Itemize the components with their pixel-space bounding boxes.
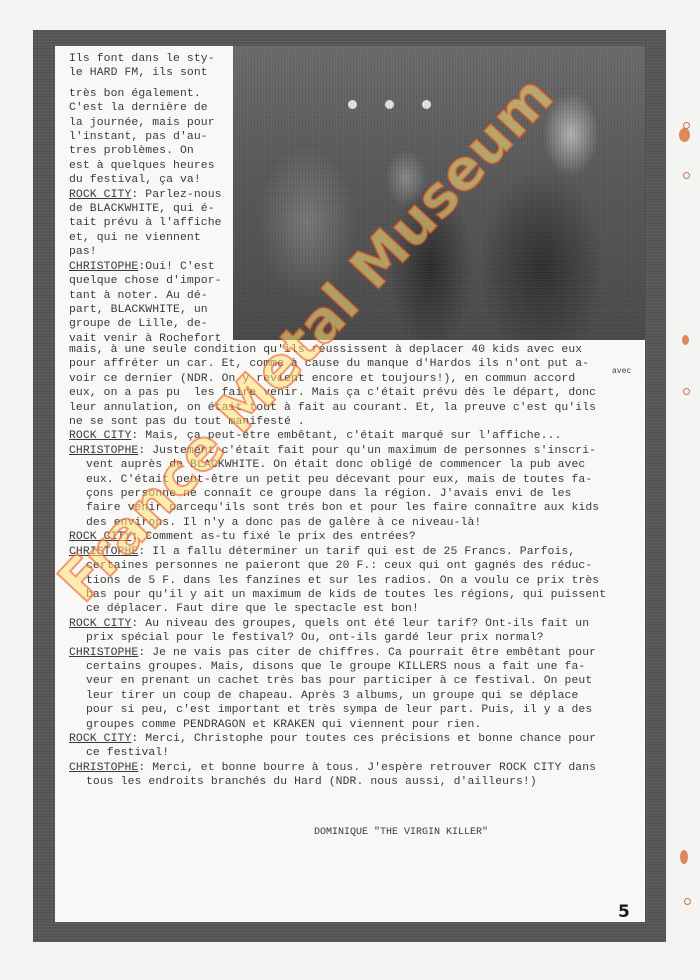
author-signature: DOMINIQUE "THE VIRGIN KILLER" [314, 827, 488, 838]
line-text: : Au niveau des groupes, quels ont été l… [131, 618, 589, 630]
line-text: : Merci, Christophe pour toutes ces préc… [131, 733, 596, 745]
left-column-text: Ils font dans le sty-le HARD FM, ils son… [69, 52, 222, 346]
line-text: : Mais, ça peut-être embêtant, c'était m… [131, 430, 561, 442]
line-text: tant à noter. Au dé- [69, 290, 208, 302]
speaker-label: ROCK CITY [69, 189, 131, 201]
line-text: : Justement c'était fait pour qu'un maxi… [138, 445, 596, 457]
text-line: veur en prenant un cachet très bas pour … [69, 674, 606, 688]
text-line: l'instant, pas d'au- [69, 130, 222, 144]
text-line: voir ce dernier (NDR. On y revient encor… [69, 372, 606, 386]
text-line: pour si peu, c'est important et très sym… [69, 703, 606, 717]
line-text: est à quelques heures [69, 160, 215, 172]
text-line: eux, on a pas pu les faire venir. Mais ç… [69, 386, 606, 400]
page-number: 5 [618, 902, 630, 922]
line-text: le HARD FM, ils sont [69, 67, 208, 79]
line-text: pour affréter un car. Et, comme à cause … [69, 358, 589, 370]
line-text: certains groupes. Mais, disons que le gr… [86, 661, 585, 673]
text-line: tions de 5 F. dans les fanzines et sur l… [69, 574, 606, 588]
dialogue-line: CHRISTOPHE: Merci, et bonne bourre à tou… [69, 761, 606, 775]
line-text: çons personne ne connaît ce groupe dans … [86, 488, 571, 500]
text-line: vent auprès de BLACKWHITE. On était donc… [69, 458, 606, 472]
text-line: leur tirer un coup de chapeau. Après 3 a… [69, 689, 606, 703]
text-line: ne se sont pas du tout manifesté . [69, 415, 606, 429]
stain-spot [682, 335, 689, 345]
text-line: des environs. Il n'y a donc pas de galèr… [69, 516, 606, 530]
line-text: pour si peu, c'est important et très sym… [86, 704, 592, 716]
text-line: est à quelques heures [69, 159, 222, 173]
text-line: groupes comme PENDRAGON et KRAKEN qui vi… [69, 718, 606, 732]
line-text: eux. C'était peut-être un petit peu déce… [86, 474, 592, 486]
text-line: prix spécial pour le festival? Ou, ont-i… [69, 631, 606, 645]
line-text: leur annulation, on était tout à fait au… [69, 402, 596, 414]
text-line: certaines personnes ne paieront que 20 F… [69, 559, 606, 573]
line-text: : Comment as-tu fixé le prix des entrées… [131, 531, 415, 543]
stain-spot [680, 850, 688, 864]
line-text: quelque chose d'impor- [69, 275, 222, 287]
line-text: vent auprès de BLACKWHITE. On était donc… [86, 459, 585, 471]
speaker-label: ROCK CITY [69, 531, 131, 543]
line-text: mais, à une seule condition qu'ils réuss… [69, 344, 582, 356]
line-text: Ils font dans le sty- [69, 53, 215, 65]
concert-photo [233, 46, 645, 340]
line-text: part, BLACKWHITE, un [69, 304, 208, 316]
line-text: groupe de Lille, de- [69, 318, 208, 330]
stain-ring [684, 898, 691, 905]
line-text: : Merci, et bonne bourre à tous. J'espèr… [138, 762, 596, 774]
text-line: part, BLACKWHITE, un [69, 303, 222, 317]
stain-ring [683, 388, 690, 395]
dialogue-line: ROCK CITY: Merci, Christophe pour toutes… [69, 732, 606, 746]
text-line: de BLACKWHITE, qui é- [69, 202, 222, 216]
speaker-label: CHRISTOPHE [69, 445, 138, 457]
dialogue-line: CHRISTOPHE: Justement c'était fait pour … [69, 444, 606, 458]
line-text: : Je ne vais pas citer de chiffres. Ca p… [138, 647, 596, 659]
line-text: bas pour qu'il y ait un maximum de kids … [86, 589, 606, 601]
line-text: groupes comme PENDRAGON et KRAKEN qui vi… [86, 719, 481, 731]
line-text: tres problèmes. On [69, 145, 194, 157]
dialogue-line: CHRISTOPHE:Oui! C'est [69, 260, 222, 274]
text-line: tant à noter. Au dé- [69, 289, 222, 303]
line-text: ne se sont pas du tout manifesté . [69, 416, 305, 428]
line-text: : Il a fallu déterminer un tarif qui est… [138, 546, 575, 558]
text-line: tres problèmes. On [69, 144, 222, 158]
text-line: et, qui ne viennent [69, 231, 222, 245]
text-line: C'est la dernière de [69, 101, 222, 115]
dialogue-line: CHRISTOPHE: Il a fallu déterminer un tar… [69, 545, 606, 559]
text-line: pas! [69, 245, 222, 259]
text-line: certains groupes. Mais, disons que le gr… [69, 660, 606, 674]
dialogue-line: ROCK CITY: Parlez-nous [69, 188, 222, 202]
text-line: çons personne ne connaît ce groupe dans … [69, 487, 606, 501]
text-line: ce festival! [69, 746, 606, 760]
line-text: ce déplacer. Faut dire que le spectacle … [86, 603, 419, 615]
text-line: du festival, ça va! [69, 173, 222, 187]
line-text: faire venir parcequ'ils sont trés bon et… [86, 502, 599, 514]
line-text: : Parlez-nous [131, 189, 221, 201]
line-text: pas! [69, 246, 97, 258]
line-text: du festival, ça va! [69, 174, 201, 186]
text-line: faire venir parcequ'ils sont trés bon et… [69, 501, 606, 515]
speaker-label: CHRISTOPHE [69, 762, 138, 774]
text-line: pour affréter un car. Et, comme à cause … [69, 357, 606, 371]
line-text: certaines personnes ne paieront que 20 F… [86, 560, 592, 572]
line-text: tions de 5 F. dans les fanzines et sur l… [86, 575, 599, 587]
text-line: ce déplacer. Faut dire que le spectacle … [69, 602, 606, 616]
text-line: tait prévu à l'affiche [69, 216, 222, 230]
text-line: quelque chose d'impor- [69, 274, 222, 288]
stain-ring [683, 122, 690, 129]
text-line: le HARD FM, ils sont [69, 66, 222, 80]
speaker-label: CHRISTOPHE [69, 647, 138, 659]
text-line: tous les endroits branchés du Hard (NDR.… [69, 775, 606, 789]
line-text: eux, on a pas pu les faire venir. Mais ç… [69, 387, 596, 399]
text-line: mais, à une seule condition qu'ils réuss… [69, 343, 606, 357]
line-text: la journée, mais pour [69, 117, 215, 129]
stain-spot [679, 128, 690, 142]
line-text: :Oui! C'est [138, 261, 214, 273]
text-line: leur annulation, on était tout à fait au… [69, 401, 606, 415]
dialogue-line: ROCK CITY: Mais, ça peut-être embêtant, … [69, 429, 606, 443]
line-text: voir ce dernier (NDR. On y revient encor… [69, 373, 575, 385]
stain-ring [683, 172, 690, 179]
dialogue-line: ROCK CITY: Au niveau des groupes, quels … [69, 617, 606, 631]
line-text: leur tirer un coup de chapeau. Après 3 a… [86, 690, 578, 702]
line-text: tous les endroits branchés du Hard (NDR.… [86, 776, 537, 788]
speaker-label: ROCK CITY [69, 430, 131, 442]
speaker-label: ROCK CITY [69, 618, 131, 630]
line-text: l'instant, pas d'au- [69, 131, 208, 143]
speaker-label: CHRISTOPHE [69, 261, 138, 273]
line-text: ce festival! [86, 747, 169, 759]
margin-note: avec [612, 367, 631, 376]
text-line: groupe de Lille, de- [69, 317, 222, 331]
line-text: très bon également. [69, 88, 201, 100]
interview-body-text: mais, à une seule condition qu'ils réuss… [69, 343, 606, 790]
line-text: des environs. Il n'y a donc pas de galèr… [86, 517, 481, 529]
speaker-label: CHRISTOPHE [69, 546, 138, 558]
line-text: de BLACKWHITE, qui é- [69, 203, 215, 215]
line-text: et, qui ne viennent [69, 232, 201, 244]
dialogue-line: ROCK CITY: Comment as-tu fixé le prix de… [69, 530, 606, 544]
text-line: eux. C'était peut-être un petit peu déce… [69, 473, 606, 487]
text-line: Ils font dans le sty- [69, 52, 222, 66]
text-line: la journée, mais pour [69, 116, 222, 130]
line-text: veur en prenant un cachet très bas pour … [86, 675, 592, 687]
speaker-label: ROCK CITY [69, 733, 131, 745]
line-text: C'est la dernière de [69, 102, 208, 114]
text-line: très bon également. [69, 87, 222, 101]
line-text: tait prévu à l'affiche [69, 217, 222, 229]
text-line: bas pour qu'il y ait un maximum de kids … [69, 588, 606, 602]
line-text: prix spécial pour le festival? Ou, ont-i… [86, 632, 544, 644]
dialogue-line: CHRISTOPHE: Je ne vais pas citer de chif… [69, 646, 606, 660]
